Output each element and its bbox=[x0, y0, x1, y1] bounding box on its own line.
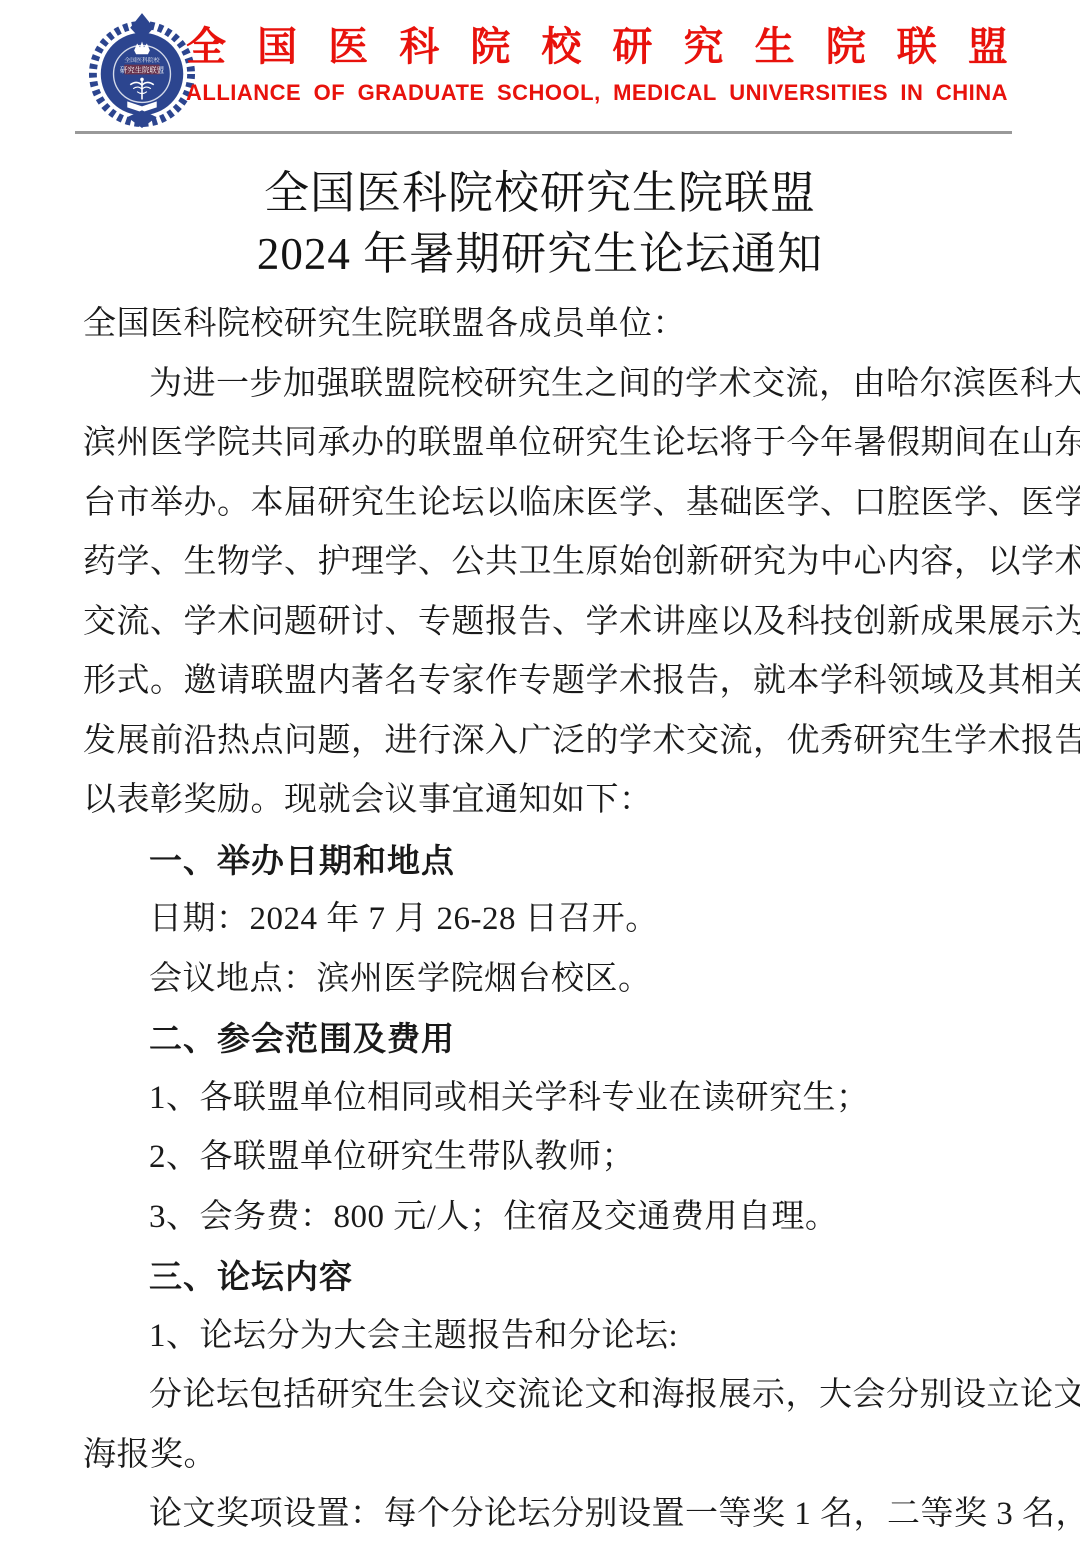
letterhead-cn-char: 究 bbox=[684, 24, 724, 70]
doc-line: 交流、学术问题研讨、专题报告、学术讲座以及科技创新成果展示为主要 bbox=[83, 593, 1013, 653]
letterhead: 全国医科院校 研究生院联盟 全国医科院校研究生院联盟 ALLIANCEOFGRA… bbox=[0, 0, 1080, 135]
doc-line: 1、各联盟单位相同或相关学科专业在读研究生； bbox=[83, 1069, 1013, 1129]
document-title-line1: 全国医科院校研究生院联盟 bbox=[0, 163, 1080, 224]
doc-line: 2、各联盟单位研究生带队教师； bbox=[83, 1128, 1013, 1188]
letterhead-en-word: GRADUATE bbox=[358, 80, 485, 106]
letterhead-cn-char: 科 bbox=[399, 24, 439, 70]
doc-line: 形式。邀请联盟内著名专家作专题学术报告，就本学科领域及其相关领域 bbox=[83, 652, 1013, 712]
letterhead-cn-char: 院 bbox=[470, 24, 510, 70]
letterhead-text: 全国医科院校研究生院联盟 ALLIANCEOFGRADUATESCHOOL,ME… bbox=[186, 24, 1008, 106]
notice-page: 全国医科院校 研究生院联盟 全国医科院校研究生院联盟 ALLIANCEOFGRA… bbox=[0, 0, 1080, 1541]
letterhead-cn-char: 校 bbox=[541, 24, 581, 70]
letterhead-divider bbox=[75, 131, 1012, 134]
letterhead-cn-char: 医 bbox=[328, 24, 368, 70]
letterhead-en-word: MEDICAL bbox=[613, 80, 717, 106]
letterhead-en-word: ALLIANCE bbox=[186, 80, 301, 106]
letterhead-cn-char: 全 bbox=[186, 24, 226, 70]
letterhead-cn-char: 盟 bbox=[968, 24, 1008, 70]
letterhead-cn-char: 联 bbox=[897, 24, 937, 70]
document-title: 全国医科院校研究生院联盟 2024 年暑期研究生论坛通知 bbox=[0, 163, 1080, 285]
doc-line: 药学、生物学、护理学、公共卫生原始创新研究为中心内容，以学术论文 bbox=[83, 533, 1013, 593]
letterhead-cn-char: 生 bbox=[755, 24, 795, 70]
letterhead-title-en: ALLIANCEOFGRADUATESCHOOL,MEDICALUNIVERSI… bbox=[186, 80, 1008, 106]
doc-line: 台市举办。本届研究生论坛以临床医学、基础医学、口腔医学、医学技术、 bbox=[83, 474, 1013, 534]
doc-line: 3、会务费：800 元/人；住宿及交通费用自理。 bbox=[83, 1188, 1013, 1248]
letterhead-cn-char: 研 bbox=[612, 24, 652, 70]
letterhead-en-word: UNIVERSITIES bbox=[729, 80, 888, 106]
letterhead-en-word: CHINA bbox=[936, 80, 1008, 106]
doc-line: 日期：2024 年 7 月 26-28 日召开。 bbox=[83, 890, 1013, 950]
document-body: 全国医科院校研究生院联盟各成员单位：为进一步加强联盟院校研究生之间的学术交流，由… bbox=[83, 295, 1013, 1541]
doc-line: 论文奖项设置：每个分论坛分别设置一等奖 1 名，二等奖 3 名，三等 bbox=[83, 1485, 1013, 1541]
letterhead-en-word: IN bbox=[900, 80, 923, 106]
letterhead-title-cn: 全国医科院校研究生院联盟 bbox=[186, 24, 1008, 70]
doc-line: 发展前沿热点问题，进行深入广泛的学术交流，优秀研究生学术报告将予 bbox=[83, 712, 1013, 772]
section-heading: 一、举办日期和地点 bbox=[83, 831, 1013, 891]
letterhead-cn-char: 院 bbox=[826, 24, 866, 70]
alliance-emblem-logo: 全国医科院校 研究生院联盟 bbox=[88, 12, 196, 130]
emblem-text-band: 研究生院联盟 bbox=[120, 65, 165, 74]
section-heading: 二、参会范围及费用 bbox=[83, 1009, 1013, 1069]
doc-line: 会议地点：滨州医学院烟台校区。 bbox=[83, 950, 1013, 1010]
doc-line: 海报奖。 bbox=[83, 1426, 1013, 1486]
doc-line: 以表彰奖励。现就会议事宜通知如下： bbox=[83, 771, 1013, 831]
letterhead-en-word: SCHOOL, bbox=[497, 80, 601, 106]
letterhead-cn-char: 国 bbox=[257, 24, 297, 70]
doc-line: 全国医科院校研究生院联盟各成员单位： bbox=[83, 295, 1013, 355]
emblem-text-small: 全国医科院校 bbox=[124, 56, 159, 64]
document-title-line2: 2024 年暑期研究生论坛通知 bbox=[0, 224, 1080, 285]
doc-line: 1、论坛分为大会主题报告和分论坛: bbox=[83, 1307, 1013, 1367]
letterhead-en-word: OF bbox=[314, 80, 346, 106]
doc-line: 滨州医学院共同承办的联盟单位研究生论坛将于今年暑假期间在山东省烟 bbox=[83, 414, 1013, 474]
doc-line: 为进一步加强联盟院校研究生之间的学术交流，由哈尔滨医科大学、 bbox=[83, 355, 1013, 415]
doc-line: 分论坛包括研究生会议交流论文和海报展示，大会分别设立论文奖和 bbox=[83, 1366, 1013, 1426]
section-heading: 三、论坛内容 bbox=[83, 1247, 1013, 1307]
